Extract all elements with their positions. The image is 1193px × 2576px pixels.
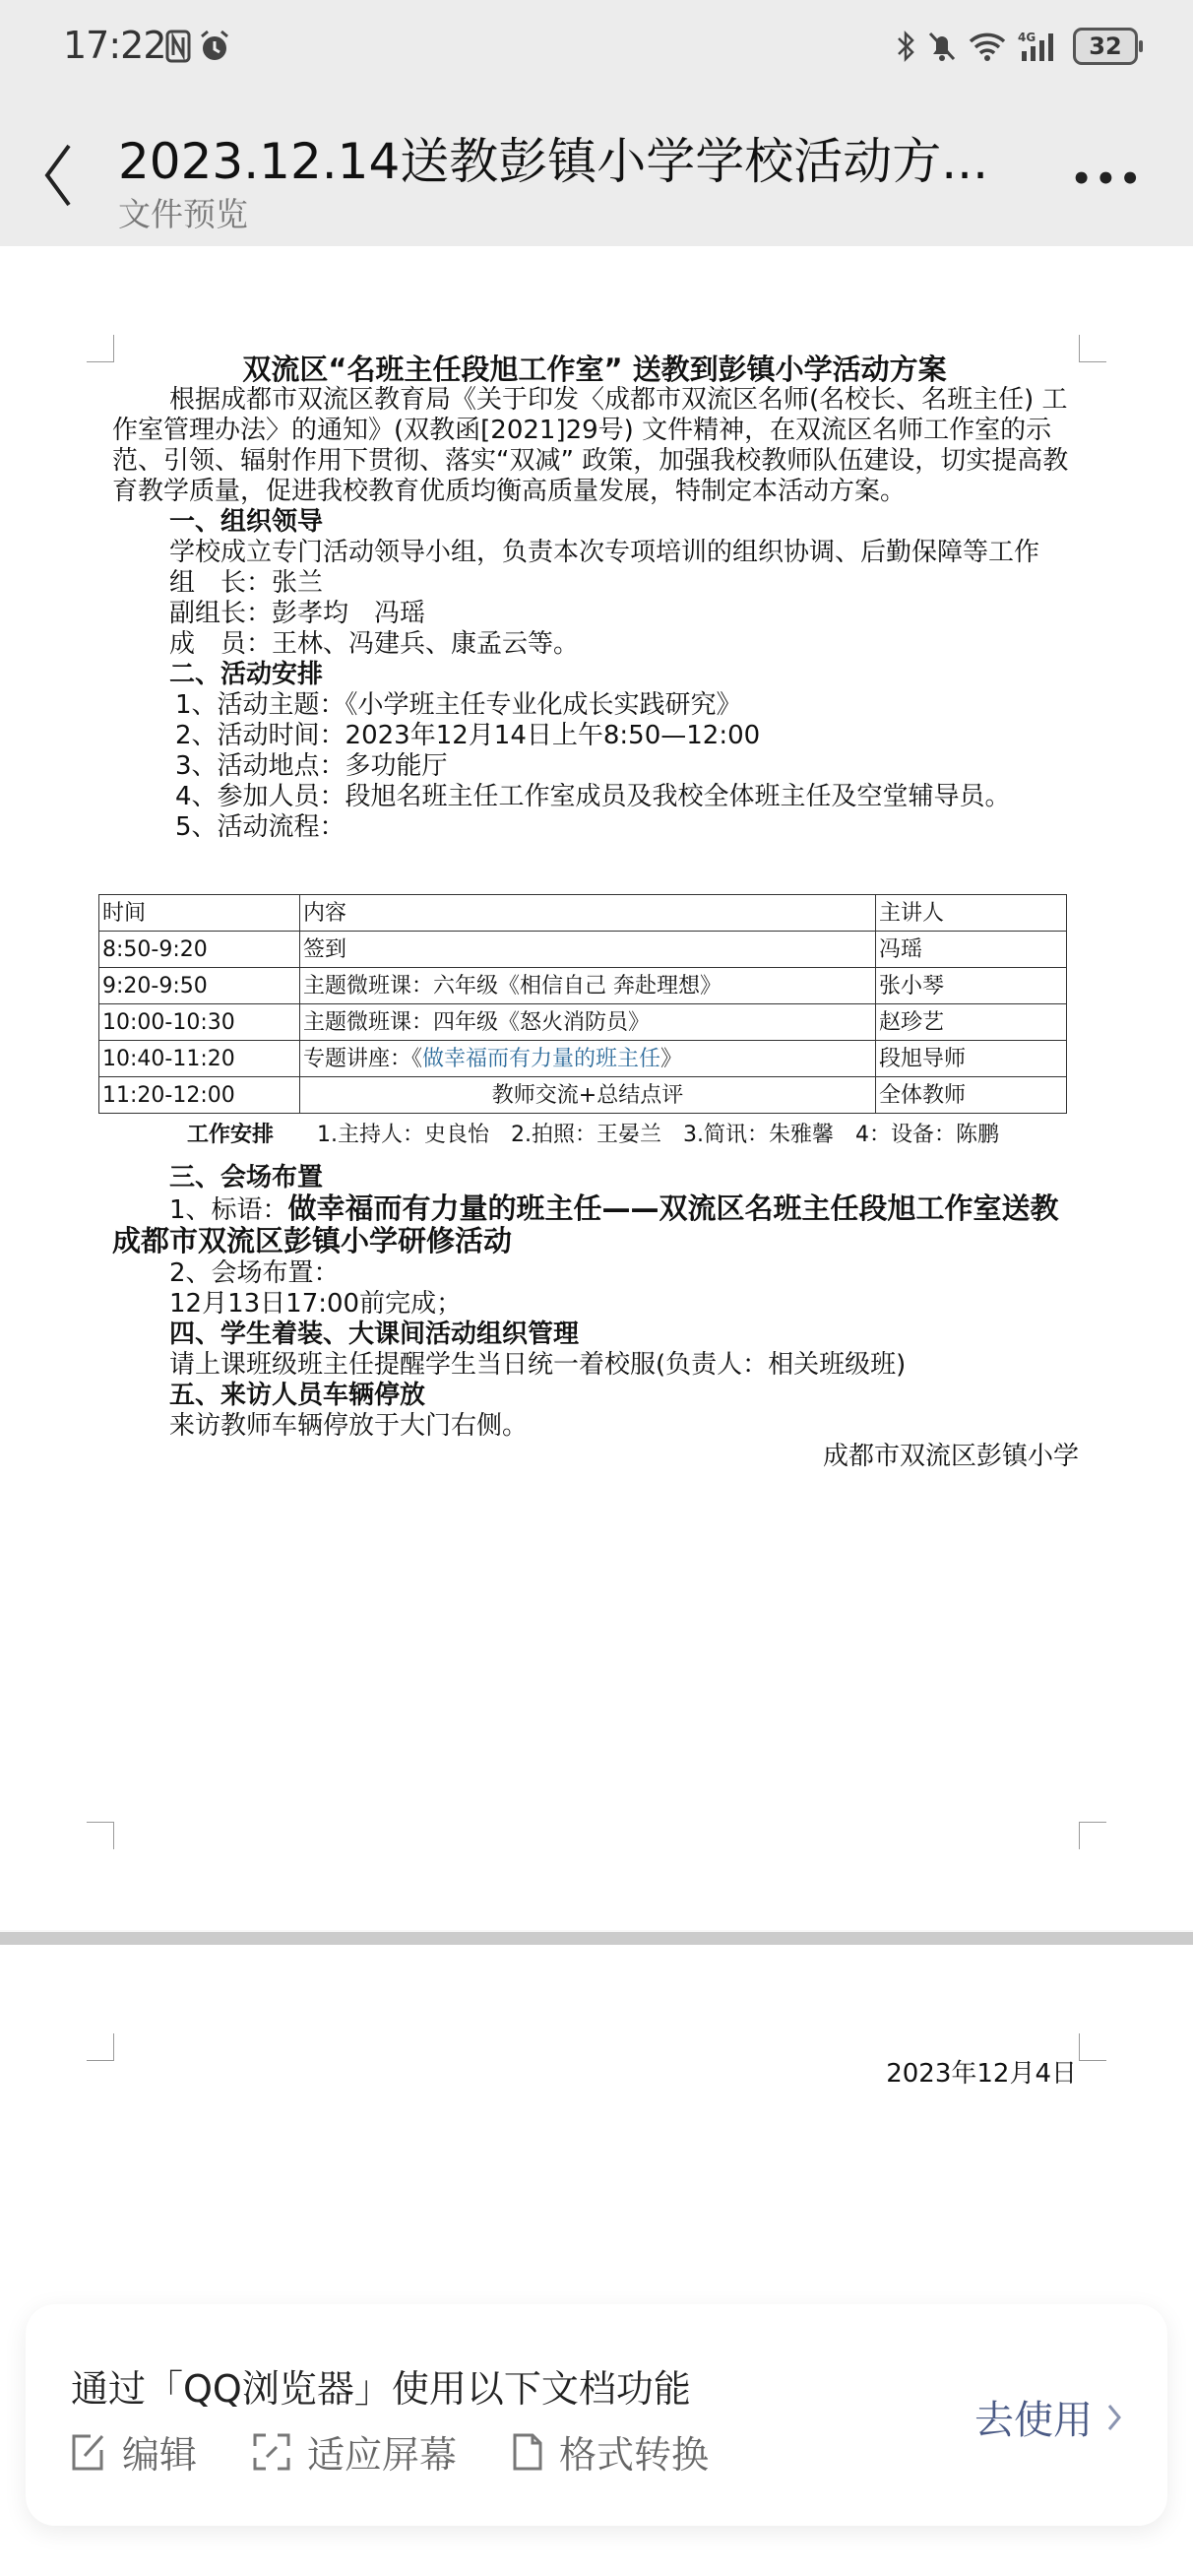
bell-muted-icon	[927, 30, 957, 63]
go-use-button[interactable]: 去使用	[974, 2389, 1122, 2445]
work-text: 1.主持人：史良怡 2.拍照：王晏兰 3.简讯：朱雅馨 4：设备：陈鹏	[274, 1123, 999, 1147]
document-title: 2023.12.14送教彭镇小学学校活动方...	[118, 122, 1004, 193]
doc-line: 4、参加人员：段旭名班主任工作室成员及我校全体班主任及空堂辅导员。	[112, 782, 1077, 812]
cell-content-prefix: 专题讲座：《	[303, 1047, 422, 1071]
cell-speaker: 冯瑶	[876, 932, 1067, 968]
feature-label: 格式转换	[559, 2424, 709, 2479]
more-options-button[interactable]: •••	[1071, 160, 1144, 199]
table-header: 时间	[99, 895, 300, 932]
doc-line: 成 员：王林、冯建兵、康孟云等。	[112, 629, 1077, 660]
doc-line: 1、活动主题：《小学班主任专业化成长实践研究》	[112, 690, 1077, 721]
doc-line: 请上课班级班主任提醒学生当日统一着校服(负责人：相关班级班)	[112, 1350, 1077, 1381]
promo-title: 通过「QQ浏览器」使用以下文档功能	[71, 2358, 691, 2413]
cell-time: 10:00-10:30	[99, 1004, 300, 1041]
schedule-table: 时间 内容 主讲人 8:50-9:20 签到 冯瑶 9:20-9:50 主题微班…	[98, 894, 1067, 1114]
edit-icon	[71, 2432, 106, 2472]
cell-speaker: 张小琴	[876, 968, 1067, 1004]
status-bar: 17:22 4G 32	[0, 0, 1193, 98]
table-row: 11:20-12:00 教师交流+总结点评 全体教师	[99, 1077, 1067, 1114]
doc-line: 副组长：彭孝均 冯瑶	[112, 599, 1077, 629]
work-heading: 工作安排	[112, 1123, 274, 1147]
cell-content: 专题讲座：《做幸福而有力量的班主任》	[300, 1041, 876, 1077]
section-heading: 二、活动安排	[112, 660, 1077, 690]
section-heading: 四、学生着装、大课间活动组织管理	[112, 1320, 1077, 1350]
page-margin-mark	[1079, 1822, 1106, 1849]
doc-line: 12月13日17:00前完成；	[112, 1289, 1077, 1320]
doc-line: 2、活动时间：2023年12月14日上午8:50—12:00	[112, 721, 1077, 751]
cell-time: 10:40-11:20	[99, 1041, 300, 1077]
feature-edit[interactable]: 编辑	[71, 2424, 197, 2479]
cell-time: 8:50-9:20	[99, 932, 300, 968]
cell-content: 主题微班课：六年级《相信自己 奔赴理想》	[300, 968, 876, 1004]
document-body: 双流区“名班主任段旭工作室” 送教到彭镇小学活动方案 根据成都市双流区教育局《关…	[112, 354, 1077, 1472]
battery-indicator: 32	[1073, 28, 1138, 65]
cell-speaker: 全体教师	[876, 1077, 1067, 1114]
doc-paragraph: 学校成立专门活动领导小组，负责本次专项培训的组织协调、后勤保障等工作	[112, 538, 1077, 568]
page-margin-mark	[1079, 335, 1106, 362]
cell-speaker: 赵珍艺	[876, 1004, 1067, 1041]
feature-label: 适应屏幕	[307, 2424, 457, 2479]
table-row: 8:50-9:20 签到 冯瑶	[99, 932, 1067, 968]
table-header-row: 时间 内容 主讲人	[99, 895, 1067, 932]
page-separator	[0, 1932, 1193, 1945]
qq-browser-promo-card[interactable]: 通过「QQ浏览器」使用以下文档功能 编辑 适应屏幕 格式转换 去使用	[26, 2304, 1167, 2526]
doc-intro: 根据成都市双流区教育局《关于印发〈成都市双流区名师(名校长、名班主任) 工作室管…	[112, 385, 1077, 507]
doc-line: 来访教师车辆停放于大门右侧。	[112, 1411, 1077, 1442]
table-header: 内容	[300, 895, 876, 932]
fit-screen-icon	[252, 2432, 291, 2472]
page-margin-mark	[87, 335, 114, 362]
wifi-icon	[969, 30, 1006, 63]
section-heading: 一、组织领导	[112, 507, 1077, 538]
feature-label: 编辑	[122, 2424, 197, 2479]
cell-content: 签到	[300, 932, 876, 968]
table-header: 主讲人	[876, 895, 1067, 932]
app-bar: 2023.12.14送教彭镇小学学校活动方... 文件预览 •••	[0, 98, 1193, 246]
back-arrow-icon[interactable]	[37, 138, 87, 207]
cell-content: 主题微班课：四年级《怒火消防员》	[300, 1004, 876, 1041]
cell-time: 9:20-9:50	[99, 968, 300, 1004]
work-arrangement: 工作安排1.主持人：史良怡 2.拍照：王晏兰 3.简讯：朱雅馨 4：设备：陈鹏	[112, 1114, 1077, 1157]
nfc-icon	[165, 30, 191, 63]
table-row: 10:00-10:30 主题微班课：四年级《怒火消防员》 赵珍艺	[99, 1004, 1067, 1041]
section-heading: 三、会场布置	[112, 1163, 1077, 1193]
doc-line: 2、会场布置：	[112, 1258, 1077, 1289]
doc-line: 组 长：张兰	[112, 568, 1077, 599]
document-page-1: 双流区“名班主任段旭工作室” 送教到彭镇小学活动方案 根据成都市双流区教育局《关…	[0, 246, 1193, 1930]
page-margin-mark	[1079, 2033, 1106, 2061]
feature-format-convert[interactable]: 格式转换	[512, 2424, 709, 2479]
section-heading: 五、来访人员车辆停放	[112, 1381, 1077, 1411]
page-margin-mark	[87, 2033, 114, 2061]
table-row: 9:20-9:50 主题微班课：六年级《相信自己 奔赴理想》 张小琴	[99, 968, 1067, 1004]
cell-time: 11:20-12:00	[99, 1077, 300, 1114]
slogan-label: 1、标语：	[169, 1195, 288, 1225]
file-icon	[512, 2432, 543, 2472]
signature: 成都市双流区彭镇小学	[112, 1442, 1079, 1472]
feature-list: 编辑 适应屏幕 格式转换	[71, 2424, 709, 2479]
signal-4g-icon: 4G	[1018, 30, 1061, 63]
status-time: 17:22	[63, 24, 166, 67]
alarm-icon	[199, 30, 230, 63]
svg-text:4G: 4G	[1018, 31, 1036, 44]
document-subtitle: 文件预览	[118, 189, 248, 235]
page-margin-mark	[87, 1822, 114, 1849]
cell-content: 教师交流+总结点评	[300, 1077, 876, 1114]
feature-fit-screen[interactable]: 适应屏幕	[252, 2424, 457, 2479]
chevron-right-icon	[1106, 2403, 1122, 2432]
lecture-title-link: 做幸福而有力量的班主任	[422, 1047, 660, 1071]
doc-heading: 双流区“名班主任段旭工作室” 送教到彭镇小学活动方案	[112, 354, 1077, 385]
bluetooth-icon	[896, 30, 915, 63]
doc-line: 5、活动流程：	[112, 812, 1077, 843]
document-date: 2023年12月4日	[886, 2053, 1077, 2090]
slogan-line: 1、标语：做幸福而有力量的班主任——双流区名班主任段旭工作室送教成都市双流区彭镇…	[112, 1193, 1077, 1258]
cell-speaker: 段旭导师	[876, 1041, 1067, 1077]
doc-line: 3、活动地点：多功能厅	[112, 751, 1077, 782]
cta-label: 去使用	[974, 2389, 1093, 2445]
table-row: 10:40-11:20 专题讲座：《做幸福而有力量的班主任》 段旭导师	[99, 1041, 1067, 1077]
cell-content-suffix: 》	[660, 1047, 682, 1071]
